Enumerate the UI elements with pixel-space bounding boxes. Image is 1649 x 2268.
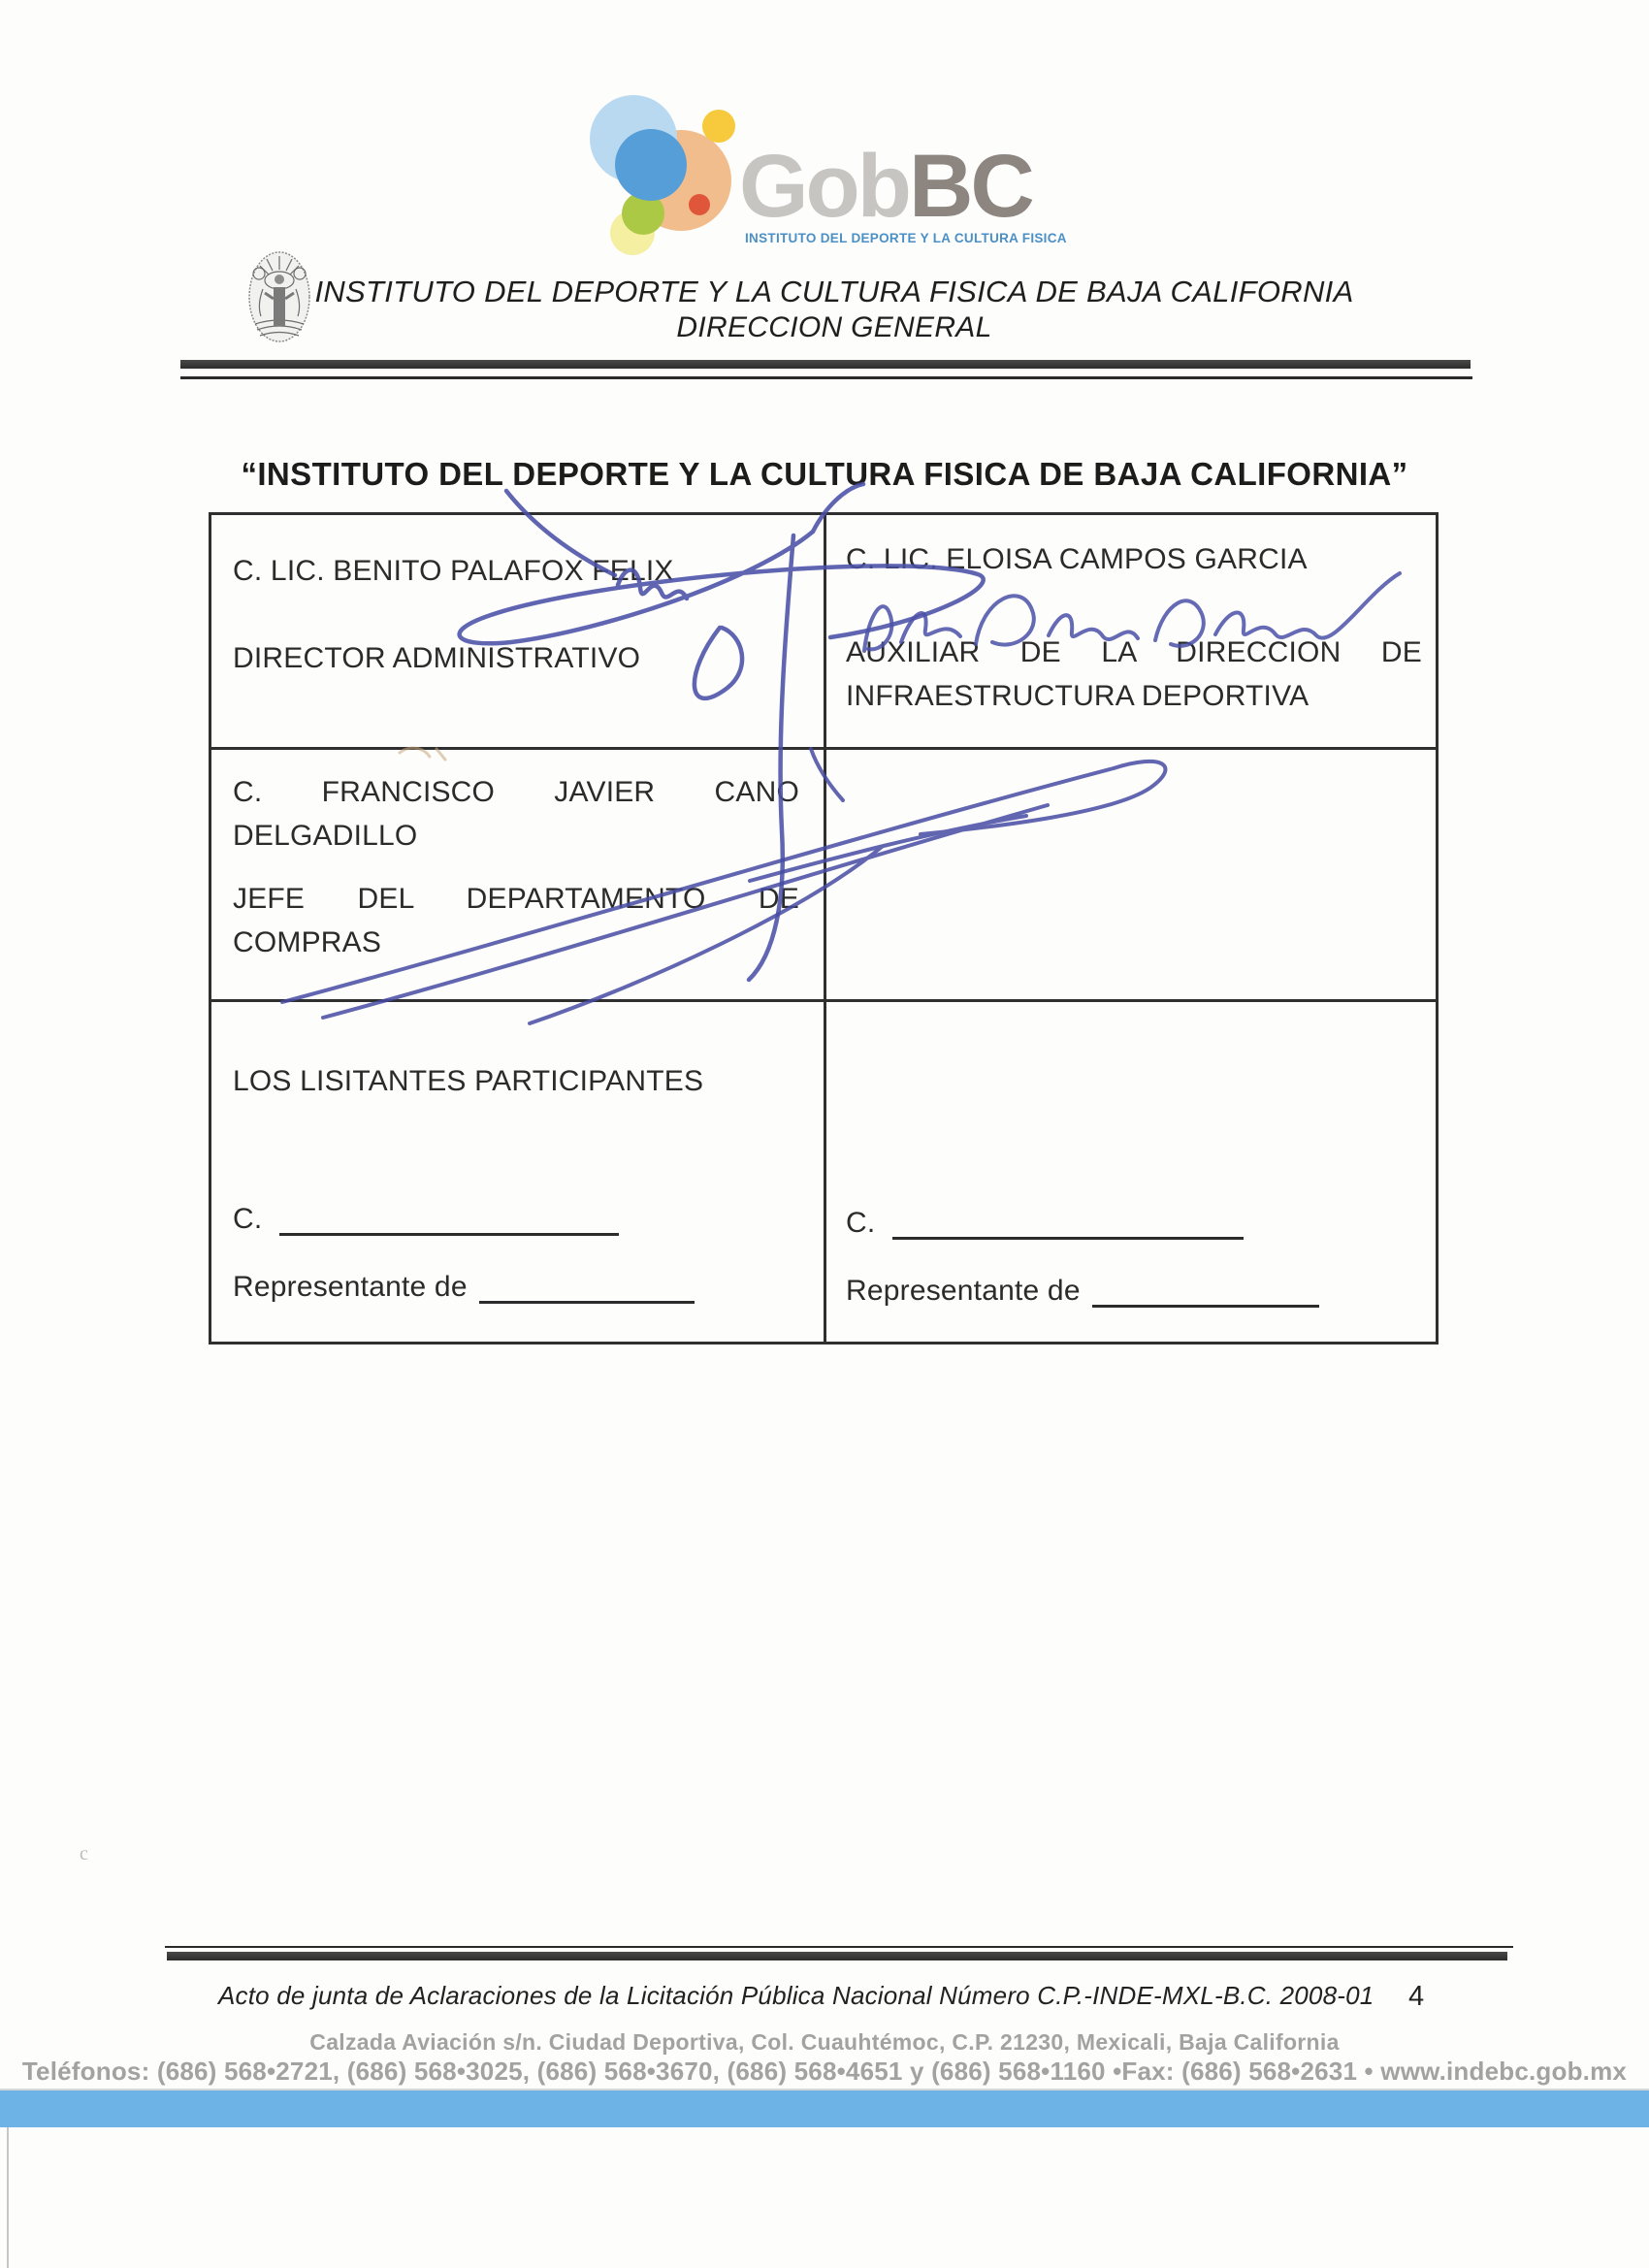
- table-column-divider: [824, 515, 826, 1342]
- footer-phones: Teléfonos: (686) 568•2721, (686) 568•302…: [0, 2057, 1649, 2087]
- signatory-2-role-line2: INFRAESTRUCTURA DEPORTIVA: [846, 674, 1422, 718]
- representative-label: Representante de: [233, 1271, 468, 1303]
- letterhead-line1: INSTITUTO DEL DEPORTE Y LA CULTURA FISIC…: [213, 275, 1455, 309]
- footer-rule-thin: [165, 1946, 1513, 1948]
- letterhead-rule-thin: [180, 376, 1472, 379]
- signatory-3-name: C. FRANCISCO JAVIER CANO DELGADILLO: [233, 770, 799, 858]
- logo-wordmark-gob: Gob: [739, 137, 909, 236]
- participant-right-name-line: C.: [846, 1207, 1244, 1240]
- document-title: “INSTITUTO DEL DEPORTE Y LA CULTURA FISI…: [213, 456, 1436, 493]
- signatory-3-name-line1: C. FRANCISCO JAVIER CANO: [233, 770, 799, 814]
- footer-accent-bar: [0, 2090, 1649, 2127]
- scan-edge-line: [7, 2127, 9, 2268]
- logo-wordmark-bc: BC: [909, 137, 1032, 236]
- scan-artifact-letter: c: [80, 1843, 88, 1865]
- signatory-3-role-line2: COMPRAS: [233, 921, 799, 964]
- participant-left-representative-line: Representante de: [233, 1271, 695, 1304]
- signatory-1-role: DIRECTOR ADMINISTRATIVO: [233, 642, 640, 675]
- blank-prefix: C.: [233, 1203, 262, 1235]
- participants-heading: LOS LISITANTES PARTICIPANTES: [233, 1065, 703, 1098]
- signatory-3-name-line2: DELGADILLO: [233, 814, 799, 858]
- signatory-3-role: JEFE DEL DEPARTAMENTO DE COMPRAS: [233, 877, 799, 964]
- scanned-document-page: GobBC INSTITUTO DEL DEPORTE Y LA CULTURA…: [0, 0, 1649, 2268]
- representative-label: Representante de: [846, 1275, 1081, 1307]
- letterhead-line2: DIRECCION GENERAL: [213, 311, 1455, 344]
- letterhead-rule-thick: [180, 360, 1471, 369]
- participant-right-representative-line: Representante de: [846, 1275, 1319, 1308]
- footer-rule-thick: [167, 1952, 1507, 1960]
- table-row-divider-1: [211, 747, 1436, 750]
- signature-blank-line: [279, 1204, 619, 1236]
- table-row-divider-2: [211, 999, 1436, 1002]
- logo-wordmark: GobBC: [739, 142, 1032, 231]
- signature-blank-line: [892, 1208, 1244, 1240]
- signatory-2-name: C. LIC. ELOISA CAMPOS GARCIA: [846, 543, 1308, 576]
- company-blank-line: [1092, 1276, 1319, 1308]
- footer-document-reference: Acto de junta de Aclaraciones de la Lici…: [218, 1981, 1374, 2011]
- signatory-1-name: C. LIC. BENITO PALAFOX FELIX: [233, 555, 674, 588]
- page-number: 4: [1408, 1981, 1424, 2013]
- signatory-3-role-line1: JEFE DEL DEPARTAMENTO DE: [233, 877, 799, 921]
- signatory-2-role: AUXILIAR DE LA DIRECCION DE INFRAESTRUCT…: [846, 631, 1422, 718]
- blank-prefix: C.: [846, 1207, 875, 1239]
- company-blank-line: [479, 1272, 695, 1304]
- signatory-2-role-line1: AUXILIAR DE LA DIRECCION DE: [846, 631, 1422, 674]
- footer-address: Calzada Aviación s/n. Ciudad Deportiva, …: [0, 2029, 1649, 2056]
- logo-tagline: INSTITUTO DEL DEPORTE Y LA CULTURA FISIC…: [745, 231, 1067, 245]
- participant-left-name-line: C.: [233, 1203, 619, 1236]
